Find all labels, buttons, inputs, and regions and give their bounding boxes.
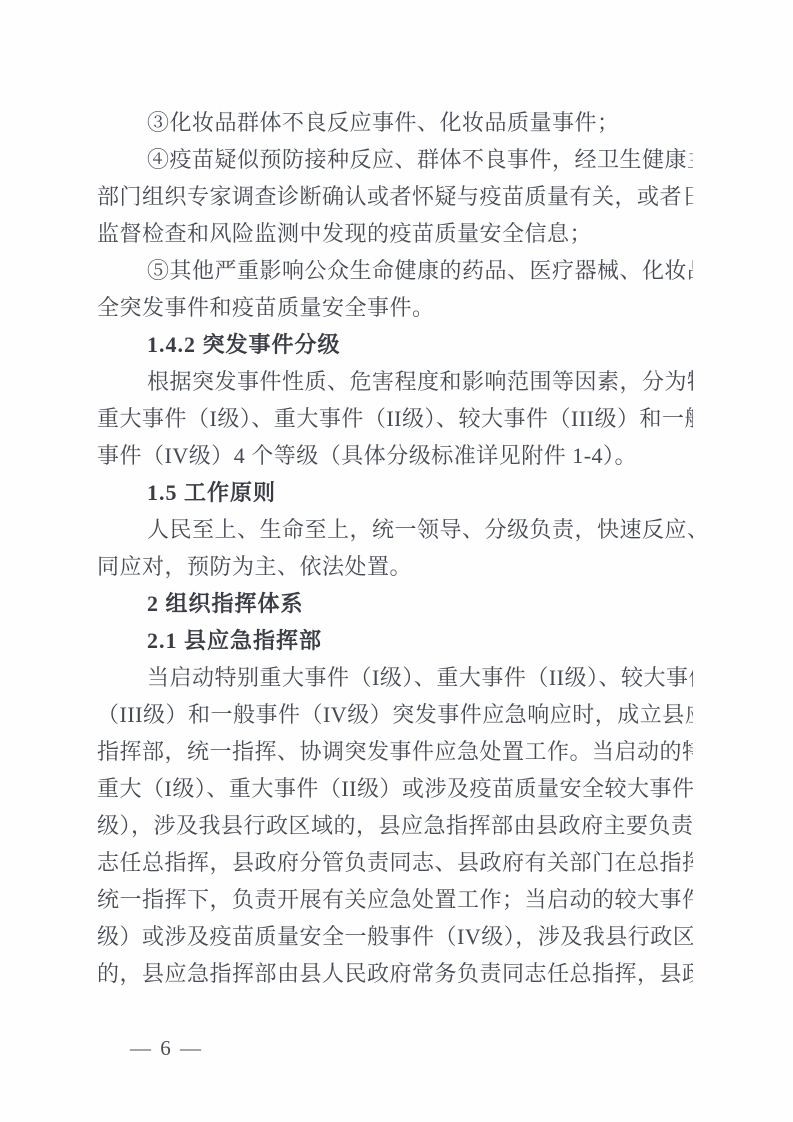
text-line: 重大事件（I级）、重大事件（II级）、较大事件（III级）和一般 <box>97 400 693 437</box>
document-body: ③化妆品群体不良反应事件、化妆品质量事件； ④疫苗疑似预防接种反应、群体不良事件… <box>97 104 693 992</box>
text-line: 同应对，预防为主、依法处置。 <box>97 548 693 585</box>
text-line: 重大（I级）、重大事件（II级）或涉及疫苗质量安全较大事件（III <box>97 770 693 807</box>
text-line: ③化妆品群体不良反应事件、化妆品质量事件； <box>97 104 693 141</box>
text-line: 根据突发事件性质、危害程度和影响范围等因素，分为特别 <box>97 363 693 400</box>
heading-2-1: 2.1 县应急指挥部 <box>97 622 693 659</box>
text-line: 统一指挥下，负责开展有关应急处置工作；当启动的较大事件（III <box>97 881 693 918</box>
text-line: 部门组织专家调查诊断确认或者怀疑与疫苗质量有关，或者日常 <box>97 178 693 215</box>
text-line: 志任总指挥，县政府分管负责同志、县政府有关部门在总指挥的 <box>97 844 693 881</box>
text-line: ⑤其他严重影响公众生命健康的药品、医疗器械、化妆品安 <box>97 252 693 289</box>
text-line: 级），涉及我县行政区域的，县应急指挥部由县政府主要负责同 <box>97 807 693 844</box>
text-line: （III级）和一般事件（IV级）突发事件应急响应时，成立县应急 <box>97 696 693 733</box>
text-line: 级）或涉及疫苗质量安全一般事件（IV级），涉及我县行政区域 <box>97 918 693 955</box>
page-number: — 6 — <box>130 1034 203 1062</box>
document-page: ③化妆品群体不良反应事件、化妆品质量事件； ④疫苗疑似预防接种反应、群体不良事件… <box>0 0 793 1122</box>
text-line: 指挥部，统一指挥、协调突发事件应急处置工作。当启动的特别 <box>97 733 693 770</box>
heading-1-4-2: 1.4.2 突发事件分级 <box>97 326 693 363</box>
text-line: 事件（IV级）4 个等级（具体分级标准详见附件 1-4）。 <box>97 437 693 474</box>
text-line: 人民至上、生命至上，统一领导、分级负责，快速反应、协 <box>97 511 693 548</box>
text-line: 当启动特别重大事件（I级）、重大事件（II级）、较大事件 <box>97 659 693 696</box>
text-line: ④疫苗疑似预防接种反应、群体不良事件，经卫生健康主管 <box>97 141 693 178</box>
heading-2: 2 组织指挥体系 <box>97 585 693 622</box>
text-line: 监督检查和风险监测中发现的疫苗质量安全信息； <box>97 215 693 252</box>
text-line: 全突发事件和疫苗质量安全事件。 <box>97 289 693 326</box>
text-line: 的，县应急指挥部由县人民政府常务负责同志任总指挥，县政府 <box>97 955 693 992</box>
heading-1-5: 1.5 工作原则 <box>97 474 693 511</box>
